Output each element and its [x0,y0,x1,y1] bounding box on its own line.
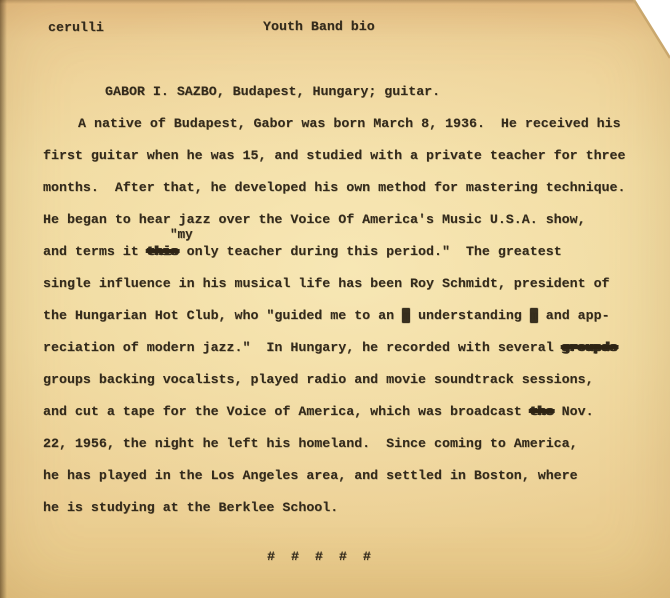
text-line: he is studying at the Berklee School. [43,500,643,532]
text-segment: and cut a tape for the Voice of America,… [43,404,530,419]
text-line: GABOR I. SAZBO, Budapest, Hungary; guita… [43,84,643,116]
text-line: first guitar when he was 15, and studied… [43,148,643,180]
struck-text: the [530,404,554,419]
struck-text: this [147,244,179,259]
text-segment: "my [170,228,193,242]
corner-cut [630,0,670,62]
text-line: reciation of modern jazz." In Hungary, h… [43,340,643,372]
text-line: groups backing vocalists, played radio a… [43,372,643,404]
header-author: cerulli [48,20,104,35]
header-title: Youth Band bio [263,19,375,34]
text-segment: Nov. [554,404,594,419]
text-segment: first guitar when he was 15, and studied… [43,148,626,163]
text-segment: GABOR I. SAZBO, Budapest, Hungary; guita… [105,84,440,99]
text-segment: he has played in the Los Angeles area, a… [43,468,578,483]
text-segment: single influence in his musical life has… [43,276,610,291]
blot-mark: m [402,308,410,323]
text-segment: only teacher during this period." The gr… [179,244,562,259]
text-segment: the Hungarian Hot Club, who "guided me t… [43,308,402,323]
typewritten-page: cerulli Youth Band bio GABOR I. SAZBO, B… [0,0,670,598]
text-segment: A native of Budapest, Gabor was born Mar… [78,116,621,131]
text-segment: and app- [538,308,610,323]
struck-text: groupds [562,340,618,355]
paper-left-edge [0,0,7,598]
text-segment: reciation of modern jazz." In Hungary, h… [43,340,562,355]
text-segment: groups backing vocalists, played radio a… [43,372,594,387]
text-line: and terms it this only teacher during th… [43,244,643,276]
text-segment: months. After that, he developed his own… [43,180,626,195]
paper-top-edge [0,0,670,4]
document-body: GABOR I. SAZBO, Budapest, Hungary; guita… [43,84,643,532]
text-line: 22, 1956, the night he left his homeland… [43,436,643,468]
text-segment: he is studying at the Berklee School. [43,500,338,515]
text-line: He began to hear jazz over the Voice Of … [43,212,643,244]
text-line: he has played in the Los Angeles area, a… [43,468,643,500]
text-line: single influence in his musical life has… [43,276,643,308]
text-segment: and terms it [43,244,147,259]
text-line: the Hungarian Hot Club, who "guided me t… [43,308,643,340]
text-segment: He began to hear jazz over the Voice Of … [43,212,586,227]
text-line: A native of Budapest, Gabor was born Mar… [43,116,643,148]
text-segment: understanding [410,308,530,323]
text-line: and cut a tape for the Voice of America,… [43,404,643,436]
blot-mark: m [530,308,538,323]
text-line: months. After that, he developed his own… [43,180,643,212]
end-marks: # # # # # [267,549,375,564]
text-segment: 22, 1956, the night he left his homeland… [43,436,578,451]
